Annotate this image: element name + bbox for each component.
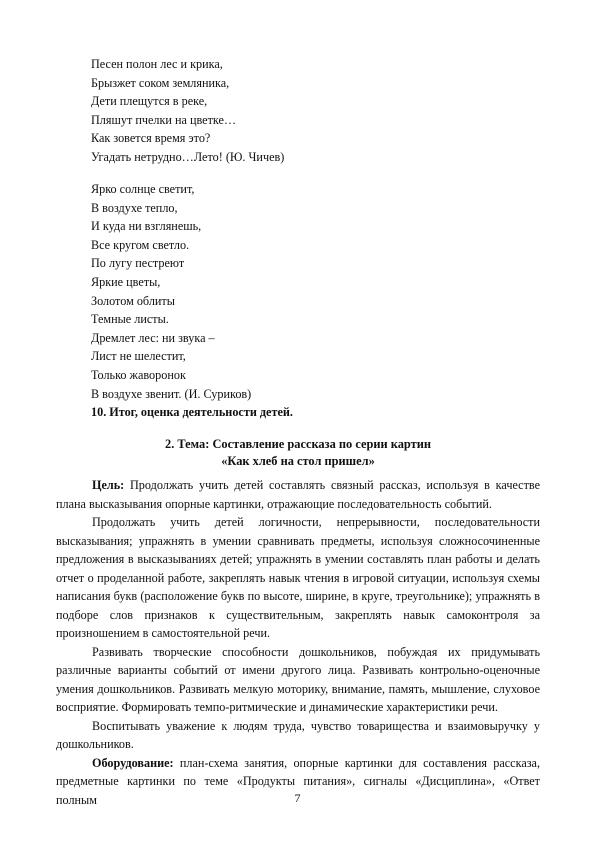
section-title-line-2: «Как хлеб на стол пришел»	[56, 453, 540, 470]
poem-line: Золотом облиты	[91, 292, 511, 311]
page-number: 7	[0, 791, 595, 806]
poem-line: Только жаворонок	[91, 366, 511, 385]
closing-step-heading: 10. Итог, оценка деятельности детей.	[91, 403, 511, 422]
poem-line: Угадать нетрудно…Лето! (Ю. Чичев)	[91, 148, 511, 167]
poem-line: Дети плещутся в реке,	[91, 92, 511, 111]
paragraph-goal: Цель: Продолжать учить детей составлять …	[56, 476, 540, 513]
paragraph-text: Развивать творческие способности дошколь…	[56, 645, 540, 715]
poem-surikov: Ярко солнце светит, В воздухе тепло, И к…	[91, 180, 511, 422]
document-page: Песен полон лес и крика, Брызжет соком з…	[0, 0, 595, 841]
poem-line: Все кругом светло.	[91, 236, 511, 255]
paragraph-skills: Продолжать учить детей логичности, непре…	[56, 513, 540, 643]
poem-line: В воздухе звенит. (И. Суриков)	[91, 385, 511, 404]
section-title-line-1: 2. Тема: Составление рассказа по серии к…	[56, 436, 540, 453]
lesson-description: Цель: Продолжать учить детей составлять …	[56, 476, 540, 809]
poem-summer-riddle: Песен полон лес и крика, Брызжет соком з…	[91, 55, 511, 167]
paragraph-label: Оборудование:	[92, 756, 174, 770]
poem-line: Яркие цветы,	[91, 273, 511, 292]
poem-line: Брызжет соком земляника,	[91, 74, 511, 93]
poem-line: Дремлет лес: ни звука –	[91, 329, 511, 348]
poem-line: Песен полон лес и крика,	[91, 55, 511, 74]
poem-line: Лист не шелестит,	[91, 347, 511, 366]
paragraph-text: Продолжать учить детей составлять связны…	[56, 478, 540, 511]
paragraph-text: Воспитывать уважение к людям труда, чувс…	[56, 719, 540, 752]
poem-line: Ярко солнце светит,	[91, 180, 511, 199]
paragraph-label: Цель:	[92, 478, 124, 492]
poem-line: И куда ни взглянешь,	[91, 217, 511, 236]
paragraph-development: Развивать творческие способности дошколь…	[56, 643, 540, 717]
section-title: 2. Тема: Составление рассказа по серии к…	[56, 436, 540, 470]
poem-line: В воздухе тепло,	[91, 199, 511, 218]
poem-line: Темные листы.	[91, 310, 511, 329]
poem-line: Как зовется время это?	[91, 129, 511, 148]
poem-line: По лугу пестреют	[91, 254, 511, 273]
poem-line: Пляшут пчелки на цветке…	[91, 111, 511, 130]
paragraph-text: Продолжать учить детей логичности, непре…	[56, 515, 540, 640]
paragraph-upbringing: Воспитывать уважение к людям труда, чувс…	[56, 717, 540, 754]
